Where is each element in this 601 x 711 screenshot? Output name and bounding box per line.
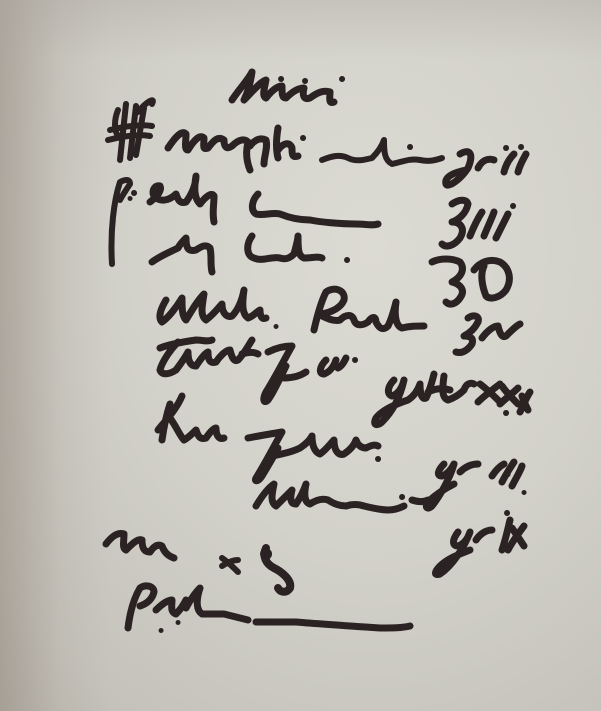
line-5-script xyxy=(160,340,530,425)
handwriting-ink xyxy=(0,0,601,711)
rx-symbol xyxy=(108,100,153,160)
line-1-script xyxy=(168,128,526,185)
line-7-script xyxy=(256,484,524,575)
heading-script xyxy=(232,72,345,102)
directions-script xyxy=(106,533,290,591)
prescription-paper: Sic... Rx Morphi acetici gr ii Sacchari … xyxy=(0,0,601,711)
signature-script xyxy=(128,586,410,633)
line-6-script xyxy=(158,396,527,508)
line-4-script xyxy=(160,289,520,352)
